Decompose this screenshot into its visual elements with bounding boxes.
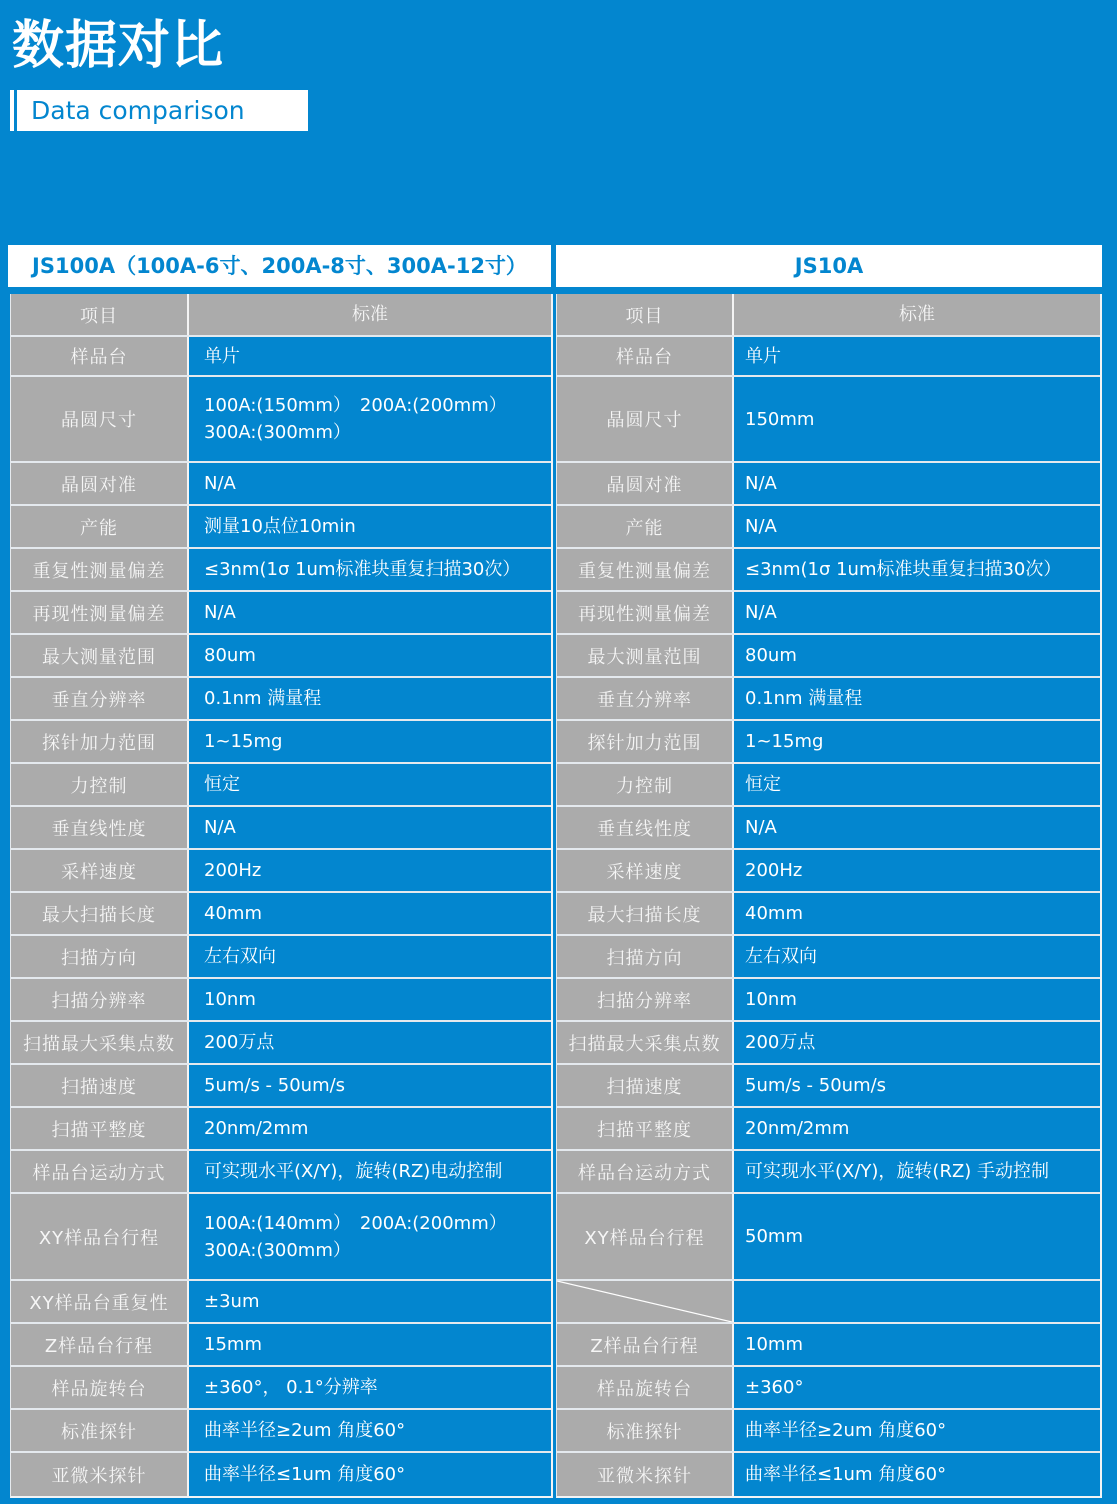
- table-row: 采样速度 200Hz: [11, 850, 551, 893]
- table-row: 扫描最大采集点数 200万点: [557, 1022, 1100, 1065]
- table-row: 产能 N/A: [557, 506, 1100, 549]
- table-row: 扫描分辨率 10nm: [11, 979, 551, 1022]
- row-label: 亚微米探针: [11, 1453, 189, 1496]
- row-value: 曲率半径≥2um 角度60°: [189, 1410, 551, 1451]
- model-header-js10a: JS10A: [556, 245, 1102, 287]
- row-label: 力控制: [11, 764, 189, 805]
- row-value: 0.1nm 满量程: [734, 678, 1100, 719]
- row-value-text: 40mm: [204, 900, 551, 927]
- row-value-text: 可实现水平(X/Y)，旋转(RZ) 手动控制: [745, 1158, 1100, 1185]
- row-value: 1~15mg: [189, 721, 551, 762]
- row-label: 扫描最大采集点数: [11, 1022, 189, 1063]
- row-value: 40mm: [189, 893, 551, 934]
- table-row: 重复性测量偏差 ≤3nm(1σ 1um标准块重复扫描30次）: [557, 549, 1100, 592]
- row-label: 样品台: [11, 337, 189, 375]
- row-label: 产能: [557, 506, 734, 547]
- table-row: Z样品台行程 15mm: [11, 1324, 551, 1367]
- row-value-text: 恒定: [745, 771, 1100, 798]
- spec-table-js10a: 项目 标准 样品台 单片 晶圆尺寸 150mm 晶圆对准 N/A 产能 N/A …: [556, 294, 1102, 1498]
- row-value-text: 左右双向: [204, 943, 551, 970]
- row-value-text: 100A:(140mm） 200A:(200mm）: [204, 1210, 551, 1237]
- row-value: 恒定: [734, 764, 1100, 805]
- table-row: 样品台运动方式 可实现水平(X/Y)，旋转(RZ) 手动控制: [557, 1151, 1100, 1194]
- table-row: 样品旋转台 ±360°， 0.1°分辨率: [11, 1367, 551, 1410]
- row-value: 100A:(140mm） 200A:(200mm） 300A:(300mm）: [189, 1194, 551, 1279]
- row-label: 样品台运动方式: [557, 1151, 734, 1192]
- row-value-text: 曲率半径≤1um 角度60°: [204, 1461, 551, 1488]
- row-label: 样品台运动方式: [11, 1151, 189, 1192]
- row-label: XY样品台重复性: [11, 1281, 189, 1322]
- row-value: 5um/s - 50um/s: [189, 1065, 551, 1106]
- table-row: 垂直分辨率 0.1nm 满量程: [557, 678, 1100, 721]
- row-value-text: 200万点: [204, 1029, 551, 1056]
- table-row: 晶圆对准 N/A: [557, 463, 1100, 506]
- table-row: 最大扫描长度 40mm: [11, 893, 551, 936]
- row-label: 采样速度: [11, 850, 189, 891]
- row-value-text: 80um: [204, 642, 551, 669]
- table-row: 扫描平整度 20nm/2mm: [557, 1108, 1100, 1151]
- row-value-text: 5um/s - 50um/s: [745, 1072, 1100, 1099]
- table-row: XY样品台行程 50mm: [557, 1194, 1100, 1281]
- row-value-text: 100A:(150mm） 200A:(200mm）: [204, 392, 551, 419]
- row-value: 左右双向: [189, 936, 551, 977]
- row-value-text: 可实现水平(X/Y)，旋转(RZ)电动控制: [204, 1158, 551, 1185]
- table-row: 样品台运动方式 可实现水平(X/Y)，旋转(RZ)电动控制: [11, 1151, 551, 1194]
- table-header-row: 项目 标准: [11, 294, 551, 337]
- table-row: 垂直线性度 N/A: [557, 807, 1100, 850]
- row-label: 最大扫描长度: [11, 893, 189, 934]
- row-label: 垂直线性度: [11, 807, 189, 848]
- row-value-text: N/A: [745, 599, 1100, 626]
- table-header-row: 项目 标准: [557, 294, 1100, 337]
- row-value: [734, 1281, 1100, 1322]
- row-label: 再现性测量偏差: [11, 592, 189, 633]
- table-row: 最大测量范围 80um: [11, 635, 551, 678]
- row-label: 样品旋转台: [557, 1367, 734, 1408]
- row-label: 最大测量范围: [11, 635, 189, 676]
- row-label: 垂直分辨率: [11, 678, 189, 719]
- row-label: 重复性测量偏差: [557, 549, 734, 590]
- table-row-empty: [557, 1281, 1100, 1324]
- table-row: 再现性测量偏差 N/A: [557, 592, 1100, 635]
- row-label: 晶圆对准: [11, 463, 189, 504]
- table-row: 亚微米探针 曲率半径≤1um 角度60°: [11, 1453, 551, 1496]
- row-value-text: 恒定: [204, 771, 551, 798]
- row-label: XY样品台行程: [11, 1194, 189, 1279]
- row-value: 单片: [189, 337, 551, 375]
- row-value: 0.1nm 满量程: [189, 678, 551, 719]
- row-value: 左右双向: [734, 936, 1100, 977]
- row-label: 晶圆尺寸: [557, 377, 734, 461]
- row-label: 扫描平整度: [557, 1108, 734, 1149]
- row-value: 曲率半径≤1um 角度60°: [734, 1453, 1100, 1496]
- row-label: 产能: [11, 506, 189, 547]
- table-row: 垂直线性度 N/A: [11, 807, 551, 850]
- table-row: 最大测量范围 80um: [557, 635, 1100, 678]
- row-value: ≤3nm(1σ 1um标准块重复扫描30次）: [189, 549, 551, 590]
- row-value: 15mm: [189, 1324, 551, 1365]
- row-value-text: 曲率半径≥2um 角度60°: [204, 1417, 551, 1444]
- table-row: 扫描速度 5um/s - 50um/s: [11, 1065, 551, 1108]
- spec-table-js100a: 项目 标准 样品台 单片 晶圆尺寸 100A:(150mm） 200A:(200…: [10, 294, 553, 1498]
- row-label: 扫描最大采集点数: [557, 1022, 734, 1063]
- table-row: 样品旋转台 ±360°: [557, 1367, 1100, 1410]
- row-label: 晶圆对准: [557, 463, 734, 504]
- row-value-text: ±3um: [204, 1288, 551, 1315]
- row-value: N/A: [734, 592, 1100, 633]
- column-header-standard: 标准: [734, 294, 1100, 335]
- row-value: ±360°， 0.1°分辨率: [189, 1367, 551, 1408]
- row-label: 晶圆尺寸: [11, 377, 189, 461]
- table-row: 晶圆尺寸 150mm: [557, 377, 1100, 463]
- table-row: 晶圆对准 N/A: [11, 463, 551, 506]
- row-value: 10mm: [734, 1324, 1100, 1365]
- row-value-text: 200Hz: [204, 857, 551, 884]
- row-value-text: 10nm: [745, 986, 1100, 1013]
- table-row: 再现性测量偏差 N/A: [11, 592, 551, 635]
- row-value-text: N/A: [204, 599, 551, 626]
- page-subtitle: Data comparison: [17, 90, 308, 131]
- row-label: 扫描分辨率: [557, 979, 734, 1020]
- row-value: 80um: [734, 635, 1100, 676]
- table-row: XY样品台重复性 ±3um: [11, 1281, 551, 1324]
- row-value: 20nm/2mm: [189, 1108, 551, 1149]
- row-value-text: 曲率半径≥2um 角度60°: [745, 1417, 1100, 1444]
- row-value-text: 10mm: [745, 1331, 1100, 1358]
- row-value-text: 测量10点位10min: [204, 513, 551, 540]
- row-value: N/A: [734, 506, 1100, 547]
- row-value: ≤3nm(1σ 1um标准块重复扫描30次）: [734, 549, 1100, 590]
- table-row: 晶圆尺寸 100A:(150mm） 200A:(200mm） 300A:(300…: [11, 377, 551, 463]
- row-value: 5um/s - 50um/s: [734, 1065, 1100, 1106]
- table-row: 扫描平整度 20nm/2mm: [11, 1108, 551, 1151]
- row-value-text: 10nm: [204, 986, 551, 1013]
- row-value: N/A: [189, 463, 551, 504]
- row-label: 力控制: [557, 764, 734, 805]
- row-value: 曲率半径≤1um 角度60°: [189, 1453, 551, 1496]
- row-value-text: ≤3nm(1σ 1um标准块重复扫描30次）: [204, 556, 551, 583]
- row-label: 重复性测量偏差: [11, 549, 189, 590]
- table-row: 探针加力范围 1~15mg: [557, 721, 1100, 764]
- row-value: 20nm/2mm: [734, 1108, 1100, 1149]
- row-value: 200Hz: [734, 850, 1100, 891]
- table-row: 扫描速度 5um/s - 50um/s: [557, 1065, 1100, 1108]
- row-value: ±3um: [189, 1281, 551, 1322]
- row-label: 标准探针: [557, 1410, 734, 1451]
- table-row: 标准探针 曲率半径≥2um 角度60°: [557, 1410, 1100, 1453]
- table-row: 产能 测量10点位10min: [11, 506, 551, 549]
- row-value-text: N/A: [745, 470, 1100, 497]
- table-row: 重复性测量偏差 ≤3nm(1σ 1um标准块重复扫描30次）: [11, 549, 551, 592]
- row-label: 最大扫描长度: [557, 893, 734, 934]
- row-value-text: 单片: [745, 343, 1100, 370]
- table-row: 垂直分辨率 0.1nm 满量程: [11, 678, 551, 721]
- row-value-text: ≤3nm(1σ 1um标准块重复扫描30次）: [745, 556, 1100, 583]
- row-value: N/A: [734, 807, 1100, 848]
- row-value-text: 50mm: [745, 1223, 1100, 1250]
- row-value: ±360°: [734, 1367, 1100, 1408]
- table-row: 标准探针 曲率半径≥2um 角度60°: [11, 1410, 551, 1453]
- row-label: Z样品台行程: [557, 1324, 734, 1365]
- row-value-text: 单片: [204, 343, 551, 370]
- row-value-text-line2: 300A:(300mm）: [204, 419, 551, 446]
- row-value: 测量10点位10min: [189, 506, 551, 547]
- page-title: 数据对比: [12, 14, 224, 78]
- row-label: 再现性测量偏差: [557, 592, 734, 633]
- row-label: XY样品台行程: [557, 1194, 734, 1279]
- row-label: 扫描方向: [557, 936, 734, 977]
- row-label: 样品旋转台: [11, 1367, 189, 1408]
- row-value: 80um: [189, 635, 551, 676]
- table-row: 最大扫描长度 40mm: [557, 893, 1100, 936]
- table-row: 样品台 单片: [557, 337, 1100, 377]
- row-value: 1~15mg: [734, 721, 1100, 762]
- row-value-text: 5um/s - 50um/s: [204, 1072, 551, 1099]
- row-value-text-line2: 300A:(300mm）: [204, 1237, 551, 1264]
- row-value-text: 200万点: [745, 1029, 1100, 1056]
- table-row: 探针加力范围 1~15mg: [11, 721, 551, 764]
- table-row: 扫描方向 左右双向: [11, 936, 551, 979]
- table-row: 力控制 恒定: [557, 764, 1100, 807]
- empty-cell-diagonal: [557, 1281, 734, 1322]
- row-value: 40mm: [734, 893, 1100, 934]
- row-value: 200Hz: [189, 850, 551, 891]
- row-label: 样品台: [557, 337, 734, 375]
- row-label: 扫描分辨率: [11, 979, 189, 1020]
- row-label: 亚微米探针: [557, 1453, 734, 1496]
- table-row: XY样品台行程 100A:(140mm） 200A:(200mm） 300A:(…: [11, 1194, 551, 1281]
- model-header-js100a: JS100A（100A-6寸、200A-8寸、300A-12寸）: [8, 245, 551, 287]
- row-value-text: N/A: [745, 513, 1100, 540]
- subtitle-accent-bar: [10, 90, 14, 131]
- row-label: 垂直分辨率: [557, 678, 734, 719]
- row-label: 扫描方向: [11, 936, 189, 977]
- row-value: N/A: [189, 807, 551, 848]
- row-label: 标准探针: [11, 1410, 189, 1451]
- row-value-text: ±360°， 0.1°分辨率: [204, 1374, 551, 1401]
- row-label: 探针加力范围: [11, 721, 189, 762]
- row-value: 50mm: [734, 1194, 1100, 1279]
- row-value: 恒定: [189, 764, 551, 805]
- row-value: 200万点: [189, 1022, 551, 1063]
- row-value-text: N/A: [745, 814, 1100, 841]
- row-value: 可实现水平(X/Y)，旋转(RZ)电动控制: [189, 1151, 551, 1192]
- table-row: 扫描分辨率 10nm: [557, 979, 1100, 1022]
- row-value-text: 15mm: [204, 1331, 551, 1358]
- row-label: 探针加力范围: [557, 721, 734, 762]
- column-header-item: 项目: [557, 294, 734, 335]
- row-value-text: N/A: [204, 470, 551, 497]
- column-header-standard: 标准: [189, 294, 551, 335]
- row-value: 10nm: [189, 979, 551, 1020]
- row-value: N/A: [189, 592, 551, 633]
- row-label: 扫描速度: [557, 1065, 734, 1106]
- row-value-text: 0.1nm 满量程: [204, 685, 551, 712]
- row-value-text: 150mm: [745, 406, 1100, 433]
- row-value-text: ±360°: [745, 1374, 1100, 1401]
- row-value: N/A: [734, 463, 1100, 504]
- row-value-text: 80um: [745, 642, 1100, 669]
- row-value-text: 200Hz: [745, 857, 1100, 884]
- row-value-text: N/A: [204, 814, 551, 841]
- row-value: 150mm: [734, 377, 1100, 461]
- row-value: 可实现水平(X/Y)，旋转(RZ) 手动控制: [734, 1151, 1100, 1192]
- diagonal-line-icon: [557, 1281, 732, 1322]
- row-value-text: 左右双向: [745, 943, 1100, 970]
- row-value-text: 40mm: [745, 900, 1100, 927]
- row-value: 曲率半径≥2um 角度60°: [734, 1410, 1100, 1451]
- row-label: 扫描速度: [11, 1065, 189, 1106]
- row-value: 100A:(150mm） 200A:(200mm） 300A:(300mm）: [189, 377, 551, 461]
- row-label: Z样品台行程: [11, 1324, 189, 1365]
- table-row: 亚微米探针 曲率半径≤1um 角度60°: [557, 1453, 1100, 1496]
- row-value-text: 1~15mg: [745, 728, 1100, 755]
- row-value-text: 曲率半径≤1um 角度60°: [745, 1461, 1100, 1488]
- table-row: Z样品台行程 10mm: [557, 1324, 1100, 1367]
- row-label: 采样速度: [557, 850, 734, 891]
- table-row: 力控制 恒定: [11, 764, 551, 807]
- table-row: 采样速度 200Hz: [557, 850, 1100, 893]
- row-label: 垂直线性度: [557, 807, 734, 848]
- row-value-text: 0.1nm 满量程: [745, 685, 1100, 712]
- row-value: 单片: [734, 337, 1100, 375]
- table-row: 扫描最大采集点数 200万点: [11, 1022, 551, 1065]
- row-value-text: 20nm/2mm: [745, 1115, 1100, 1142]
- row-label: 最大测量范围: [557, 635, 734, 676]
- row-value: 200万点: [734, 1022, 1100, 1063]
- column-header-item: 项目: [11, 294, 189, 335]
- row-value: 10nm: [734, 979, 1100, 1020]
- table-row: 样品台 单片: [11, 337, 551, 377]
- row-value-text: 20nm/2mm: [204, 1115, 551, 1142]
- row-value-text: 1~15mg: [204, 728, 551, 755]
- table-row: 扫描方向 左右双向: [557, 936, 1100, 979]
- row-label: 扫描平整度: [11, 1108, 189, 1149]
